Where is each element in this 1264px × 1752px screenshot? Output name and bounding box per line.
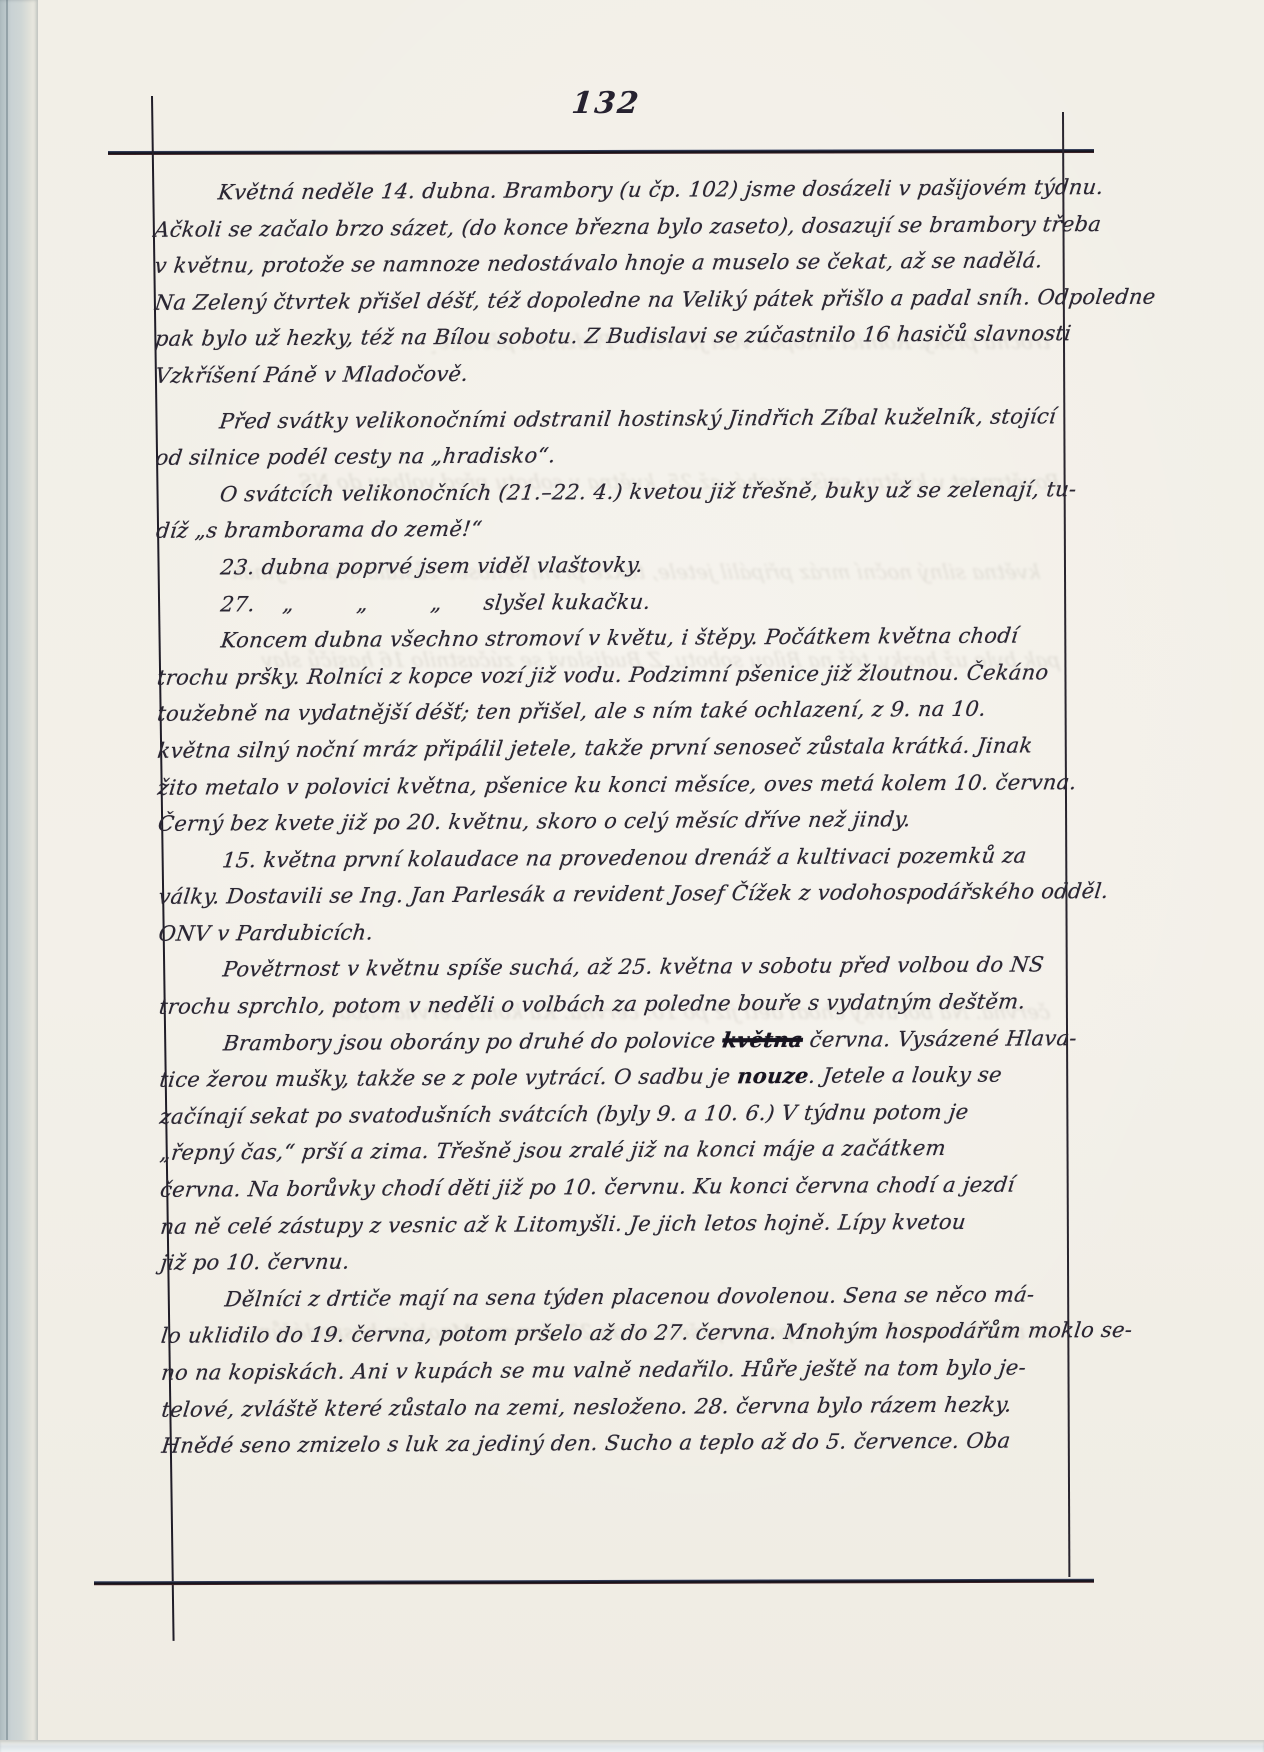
manuscript-line: od silnice podél cesty na „hradisko“. xyxy=(154,434,1070,476)
manuscript-segment: 23. dubna poprvé jsem viděl vlaštovky. xyxy=(219,553,644,580)
manuscript-line: začínají sekat po svatodušních svátcích … xyxy=(158,1093,1074,1135)
scanned-chronicle-page: trochu pršky. Rolníci z kopce vozí již v… xyxy=(0,0,1264,1752)
manuscript-segment: telové, zvláště které zůstalo na zemi, n… xyxy=(160,1392,1013,1421)
manuscript-segment: na ně celé zástupy z vesnic až k Litomyš… xyxy=(159,1209,967,1238)
manuscript-segment: začínají sekat po svatodušních svátcích … xyxy=(158,1100,970,1129)
manuscript-line: trochu pršky. Rolníci z kopce vozí již v… xyxy=(155,654,1071,696)
manuscript-segment: Vzkříšení Páně v Mladočově. xyxy=(154,362,470,388)
manuscript-segment: . Jetele a louky se xyxy=(807,1063,1003,1088)
manuscript-line: v květnu, protože se namnoze nedostávalo… xyxy=(152,242,1068,284)
manuscript-line: na ně celé zástupy z vesnic až k Litomyš… xyxy=(158,1203,1074,1245)
manuscript-line: června. Na borůvky chodí děti již po 10.… xyxy=(158,1166,1074,1208)
manuscript-line: O svátcích velikonočních (21.–22. 4.) kv… xyxy=(154,471,1070,513)
manuscript-segment: ONV v Pardubicích. xyxy=(157,920,374,945)
manuscript-segment: pak bylo už hezky, též na Bílou sobotu. … xyxy=(154,322,1073,352)
manuscript-line: již po 10. červnu. xyxy=(159,1239,1075,1281)
page-number: 132 xyxy=(148,86,1064,121)
top-rule-line xyxy=(108,149,1094,155)
manuscript-segment-bold: nouze xyxy=(736,1063,810,1088)
bottom-rule-line xyxy=(94,1579,1094,1586)
scan-edge-left-artifact xyxy=(0,0,38,1752)
manuscript-line: lo uklidilo do 19. června, potom pršelo … xyxy=(159,1313,1075,1355)
manuscript-line: Povětrnost v květnu spíše suchá, až 25. … xyxy=(157,947,1073,989)
manuscript-segment: Dělníci z drtiče mají na sena týden plac… xyxy=(224,1282,1036,1311)
manuscript-segment: války. Dostavili se Ing. Jan Parlesák a … xyxy=(157,879,1110,909)
manuscript-segment: no na kopiskách. Ani v kupách se mu valn… xyxy=(160,1355,1027,1384)
manuscript-segment: června. Vysázené Hlava- xyxy=(801,1026,1078,1052)
manuscript-line: 15. května první kolaudace na provedenou… xyxy=(156,837,1072,879)
manuscript-line: „řepný čas,“ prší a zima. Třešně jsou zr… xyxy=(158,1130,1074,1172)
manuscript-line: Na Zelený čtvrtek přišel déšť, též dopol… xyxy=(153,279,1069,321)
manuscript-segment: O svátcích velikonočních (21.–22. 4.) kv… xyxy=(219,477,1078,506)
manuscript-segment: trochu sprchlo, potom v neděli o volbách… xyxy=(158,990,1027,1019)
manuscript-line: ONV v Pardubicích. xyxy=(157,910,1073,952)
manuscript-segment: Koncem dubna všechno stromoví v květu, i… xyxy=(220,624,1020,653)
manuscript-line: Černý bez kvete již po 20. květnu, skoro… xyxy=(156,800,1072,842)
manuscript-segment: díž „s bramborama do země!“ xyxy=(155,517,484,543)
manuscript-line: Vzkříšení Páně v Mladočově. xyxy=(153,352,1069,394)
manuscript-line: toužebně na vydatnější déšť; ten přišel,… xyxy=(155,691,1071,733)
manuscript-line: žito metalo v polovici května, pšenice k… xyxy=(156,764,1072,806)
manuscript-line: 27. „ „ „ slyšel kukačku. xyxy=(155,581,1071,623)
manuscript-line: no na kopiskách. Ani v kupách se mu valn… xyxy=(159,1349,1075,1391)
manuscript-line: díž „s bramborama do země!“ xyxy=(154,508,1070,550)
manuscript-text: Květná neděle 14. dubna. Brambory (u čp.… xyxy=(154,169,1074,1464)
manuscript-segment: Květná neděle 14. dubna. Brambory (u čp.… xyxy=(217,175,1105,204)
manuscript-segment: tice žerou mušky, takže se z pole vytrác… xyxy=(158,1064,739,1092)
manuscript-line: pak bylo už hezky, též na Bílou sobotu. … xyxy=(153,316,1069,358)
manuscript-segment: žito metalo v polovici května, pšenice k… xyxy=(156,770,1078,800)
manuscript-segment-strike: května xyxy=(721,1026,804,1052)
manuscript-line: války. Dostavili se Ing. Jan Parlesák a … xyxy=(156,873,1072,915)
manuscript-segment: „řepný čas,“ prší a zima. Třešně jsou zr… xyxy=(159,1136,948,1165)
manuscript-line: Před svátky velikonočními odstranil host… xyxy=(153,398,1069,440)
manuscript-line: Koncem dubna všechno stromoví v květu, i… xyxy=(155,617,1071,659)
manuscript-segment: Brambory jsou oborány po druhé do polovi… xyxy=(222,1028,724,1055)
manuscript-line: tice žerou mušky, takže se z pole vytrác… xyxy=(157,1056,1073,1098)
manuscript-segment: Ačkoli se začalo brzo sázet, (do konce b… xyxy=(153,212,1103,242)
manuscript-segment: trochu pršky. Rolníci z kopce vozí již v… xyxy=(156,660,1050,689)
manuscript-segment: Černý bez kvete již po 20. květnu, skoro… xyxy=(157,807,913,836)
manuscript-segment: Hnědé seno zmizelo s luk za jediný den. … xyxy=(160,1429,1011,1458)
manuscript-segment: toužebně na vydatnější déšť; ten přišel,… xyxy=(156,697,987,726)
manuscript-segment: již po 10. červnu. xyxy=(159,1250,351,1275)
manuscript-line: Hnědé seno zmizelo s luk za jediný den. … xyxy=(160,1422,1076,1464)
scan-edge-bottom-artifact xyxy=(0,1740,1264,1752)
manuscript-line: telové, zvláště které zůstalo na zemi, n… xyxy=(159,1386,1075,1428)
manuscript-line: Květná neděle 14. dubna. Brambory (u čp.… xyxy=(152,169,1068,211)
manuscript-line: Brambory jsou oborány po druhé do polovi… xyxy=(157,1020,1073,1062)
manuscript-segment: v květnu, protože se namnoze nedostávalo… xyxy=(153,249,1044,278)
manuscript-segment: Před svátky velikonočními odstranil host… xyxy=(218,404,1057,433)
manuscript-line: května silný noční mráz připálil jetele,… xyxy=(155,727,1071,769)
manuscript-segment: 15. května první kolaudace na provedenou… xyxy=(221,843,1028,872)
manuscript-segment: 27. „ „ „ slyšel kukačku. xyxy=(219,589,652,616)
manuscript-segment: Na Zelený čtvrtek přišel déšť, též dopol… xyxy=(153,284,1156,314)
manuscript-line: trochu sprchlo, potom v neděli o volbách… xyxy=(157,983,1073,1025)
manuscript-segment: lo uklidilo do 19. června, potom pršelo … xyxy=(160,1318,1134,1348)
manuscript-line: 23. dubna poprvé jsem viděl vlaštovky. xyxy=(154,544,1070,586)
manuscript-segment: června. Na borůvky chodí děti již po 10.… xyxy=(159,1173,1016,1202)
manuscript-line: Dělníci z drtiče mají na sena týden plac… xyxy=(159,1276,1075,1318)
manuscript-line: Ačkoli se začalo brzo sázet, (do konce b… xyxy=(152,206,1068,248)
manuscript-segment: Povětrnost v květnu spíše suchá, až 25. … xyxy=(222,953,1046,982)
manuscript-segment: května silný noční mráz připálil jetele,… xyxy=(156,733,1034,762)
manuscript-segment: od silnice podél cesty na „hradisko“. xyxy=(154,443,557,469)
